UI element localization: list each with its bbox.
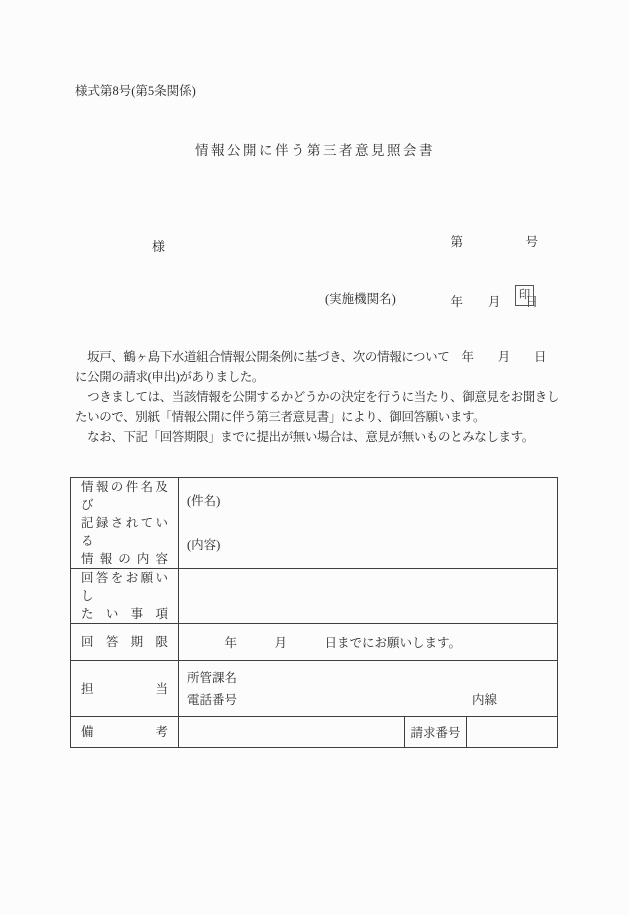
table-row-remarks: 備考 請求番号 [71,717,558,748]
subject-placeholder: (件名) [187,493,549,509]
remarks-value-cell [179,717,405,748]
dept-name-label: 所管課名 [187,667,549,689]
info-value-cell: (件名) (内容) [179,478,558,569]
table-row-request-items: 回答をお願いし たい事項 [71,569,558,624]
table-row-contact: 担当 所管課名 電話番号 内線 [71,661,558,717]
seal-label: 印 [519,290,531,302]
deadline-value-cell: 年 月 日までにお願いします。 [179,624,558,661]
page-title: 情報公開に伴う第三者意見照会書 [0,139,630,159]
seal-placeholder-icon: 印 [515,285,534,306]
form-number: 様式第8号(第5条関係) [75,84,196,99]
extension-label: 内線 [472,689,497,711]
info-label-cell: 情報の件名及び 記録されている 情報の内容 [71,478,179,569]
contact-label-cell: 担当 [71,661,179,717]
body-paragraph: 坂戸、鶴ヶ島下水道組合情報公開条例に基づき、次の情報について 年 月 日 に公開… [75,347,559,447]
content-placeholder: (内容) [187,537,549,553]
doc-number-line: 第 号 [450,232,538,252]
issuer-name-label: (実施機関名) [325,289,396,307]
table-row-deadline: 回答期限 年 月 日までにお願いします。 [71,624,558,661]
remarks-label-cell: 備考 [71,717,179,748]
contact-value-cell: 所管課名 電話番号 内線 [179,661,558,717]
document-page: 様式第8号(第5条関係) 情報公開に伴う第三者意見照会書 第 号 年 月 日 様… [0,0,630,915]
addressee-honorific: 様 [152,236,165,255]
deadline-label-cell: 回答期限 [71,624,179,661]
request-items-value-cell [179,569,558,624]
request-number-value-cell [467,717,558,748]
table-row-info: 情報の件名及び 記録されている 情報の内容 (件名) (内容) [71,478,558,569]
phone-number-label: 電話番号 [187,689,237,711]
request-number-label-cell: 請求番号 [405,717,467,748]
phone-line: 電話番号 内線 [187,689,549,711]
reference-block: 第 号 年 月 日 [450,192,538,352]
request-items-label-cell: 回答をお願いし たい事項 [71,569,179,624]
form-table: 情報の件名及び 記録されている 情報の内容 (件名) (内容) 回答をお願いし … [70,477,558,748]
